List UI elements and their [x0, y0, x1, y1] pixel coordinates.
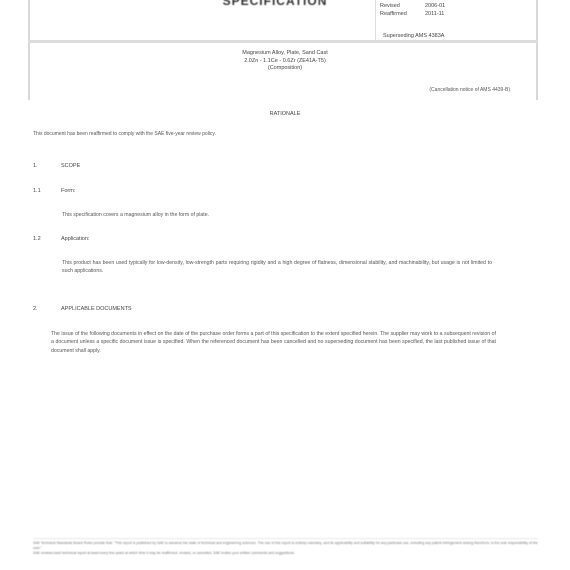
- rationale-text: This document has been reaffirmed to com…: [33, 131, 216, 137]
- title-line-1: Magnesium Alloy, Plate, Sand Cast: [150, 50, 420, 58]
- section-1-2-heading: 1.2Application:: [33, 236, 89, 242]
- section-title: Application:: [61, 236, 89, 242]
- doc-type-title: SPECIFICATION: [205, 0, 345, 8]
- left-border: [28, 0, 30, 100]
- footer-line-1: SAE Technical Standards Board Rules prov…: [33, 541, 538, 551]
- section-title: APPLICABLE DOCUMENTS: [61, 306, 132, 312]
- section-title: Form:: [61, 188, 75, 194]
- right-border: [536, 0, 538, 100]
- header-field-revised: Revised 2006-01: [380, 3, 400, 9]
- section-2-heading: 2.APPLICABLE DOCUMENTS: [33, 306, 132, 312]
- section-2-text: The issue of the following documents in …: [51, 330, 496, 355]
- supersedes-note: Superseding AMS 4383A: [383, 33, 444, 39]
- cancellation-note: (Cancellation notice of AMS 4439-B): [429, 87, 510, 93]
- document-title: Magnesium Alloy, Plate, Sand Cast 2.0Zn …: [150, 50, 420, 73]
- rationale-heading: RATIONALE: [0, 111, 570, 117]
- field-label: Revised: [380, 3, 400, 9]
- title-line-2: 2.0Zn - 1.1Ce - 0.6Zr (ZE41A-T5): [150, 58, 420, 66]
- header-divider: [28, 40, 538, 43]
- section-1-1-heading: 1.1Form:: [33, 188, 75, 194]
- section-number: 1.2: [33, 236, 61, 242]
- title-line-3: (Composition): [150, 65, 420, 73]
- field-value: 2011-11: [425, 11, 444, 17]
- document-page: SPECIFICATION Revised 2006-01 Reaffirmed…: [0, 0, 570, 570]
- section-number: 2.: [33, 306, 61, 312]
- section-1-heading: 1.SCOPE: [33, 163, 80, 169]
- field-value: 2006-01: [425, 3, 445, 9]
- header-field-reaffirmed: Reaffirmed 2011-11: [380, 11, 407, 17]
- section-1-2-text: This product has been used typically for…: [62, 259, 492, 276]
- section-1-1-text: This specification covers a magnesium al…: [62, 211, 492, 219]
- section-title: SCOPE: [61, 163, 80, 169]
- page-footer: SAE Technical Standards Board Rules prov…: [33, 538, 538, 556]
- section-number: 1.: [33, 163, 61, 169]
- section-number: 1.1: [33, 188, 61, 194]
- field-label: Reaffirmed: [380, 11, 407, 17]
- header-box-divider: [375, 0, 376, 40]
- footer-line-2: SAE reviews each technical report at lea…: [33, 551, 538, 556]
